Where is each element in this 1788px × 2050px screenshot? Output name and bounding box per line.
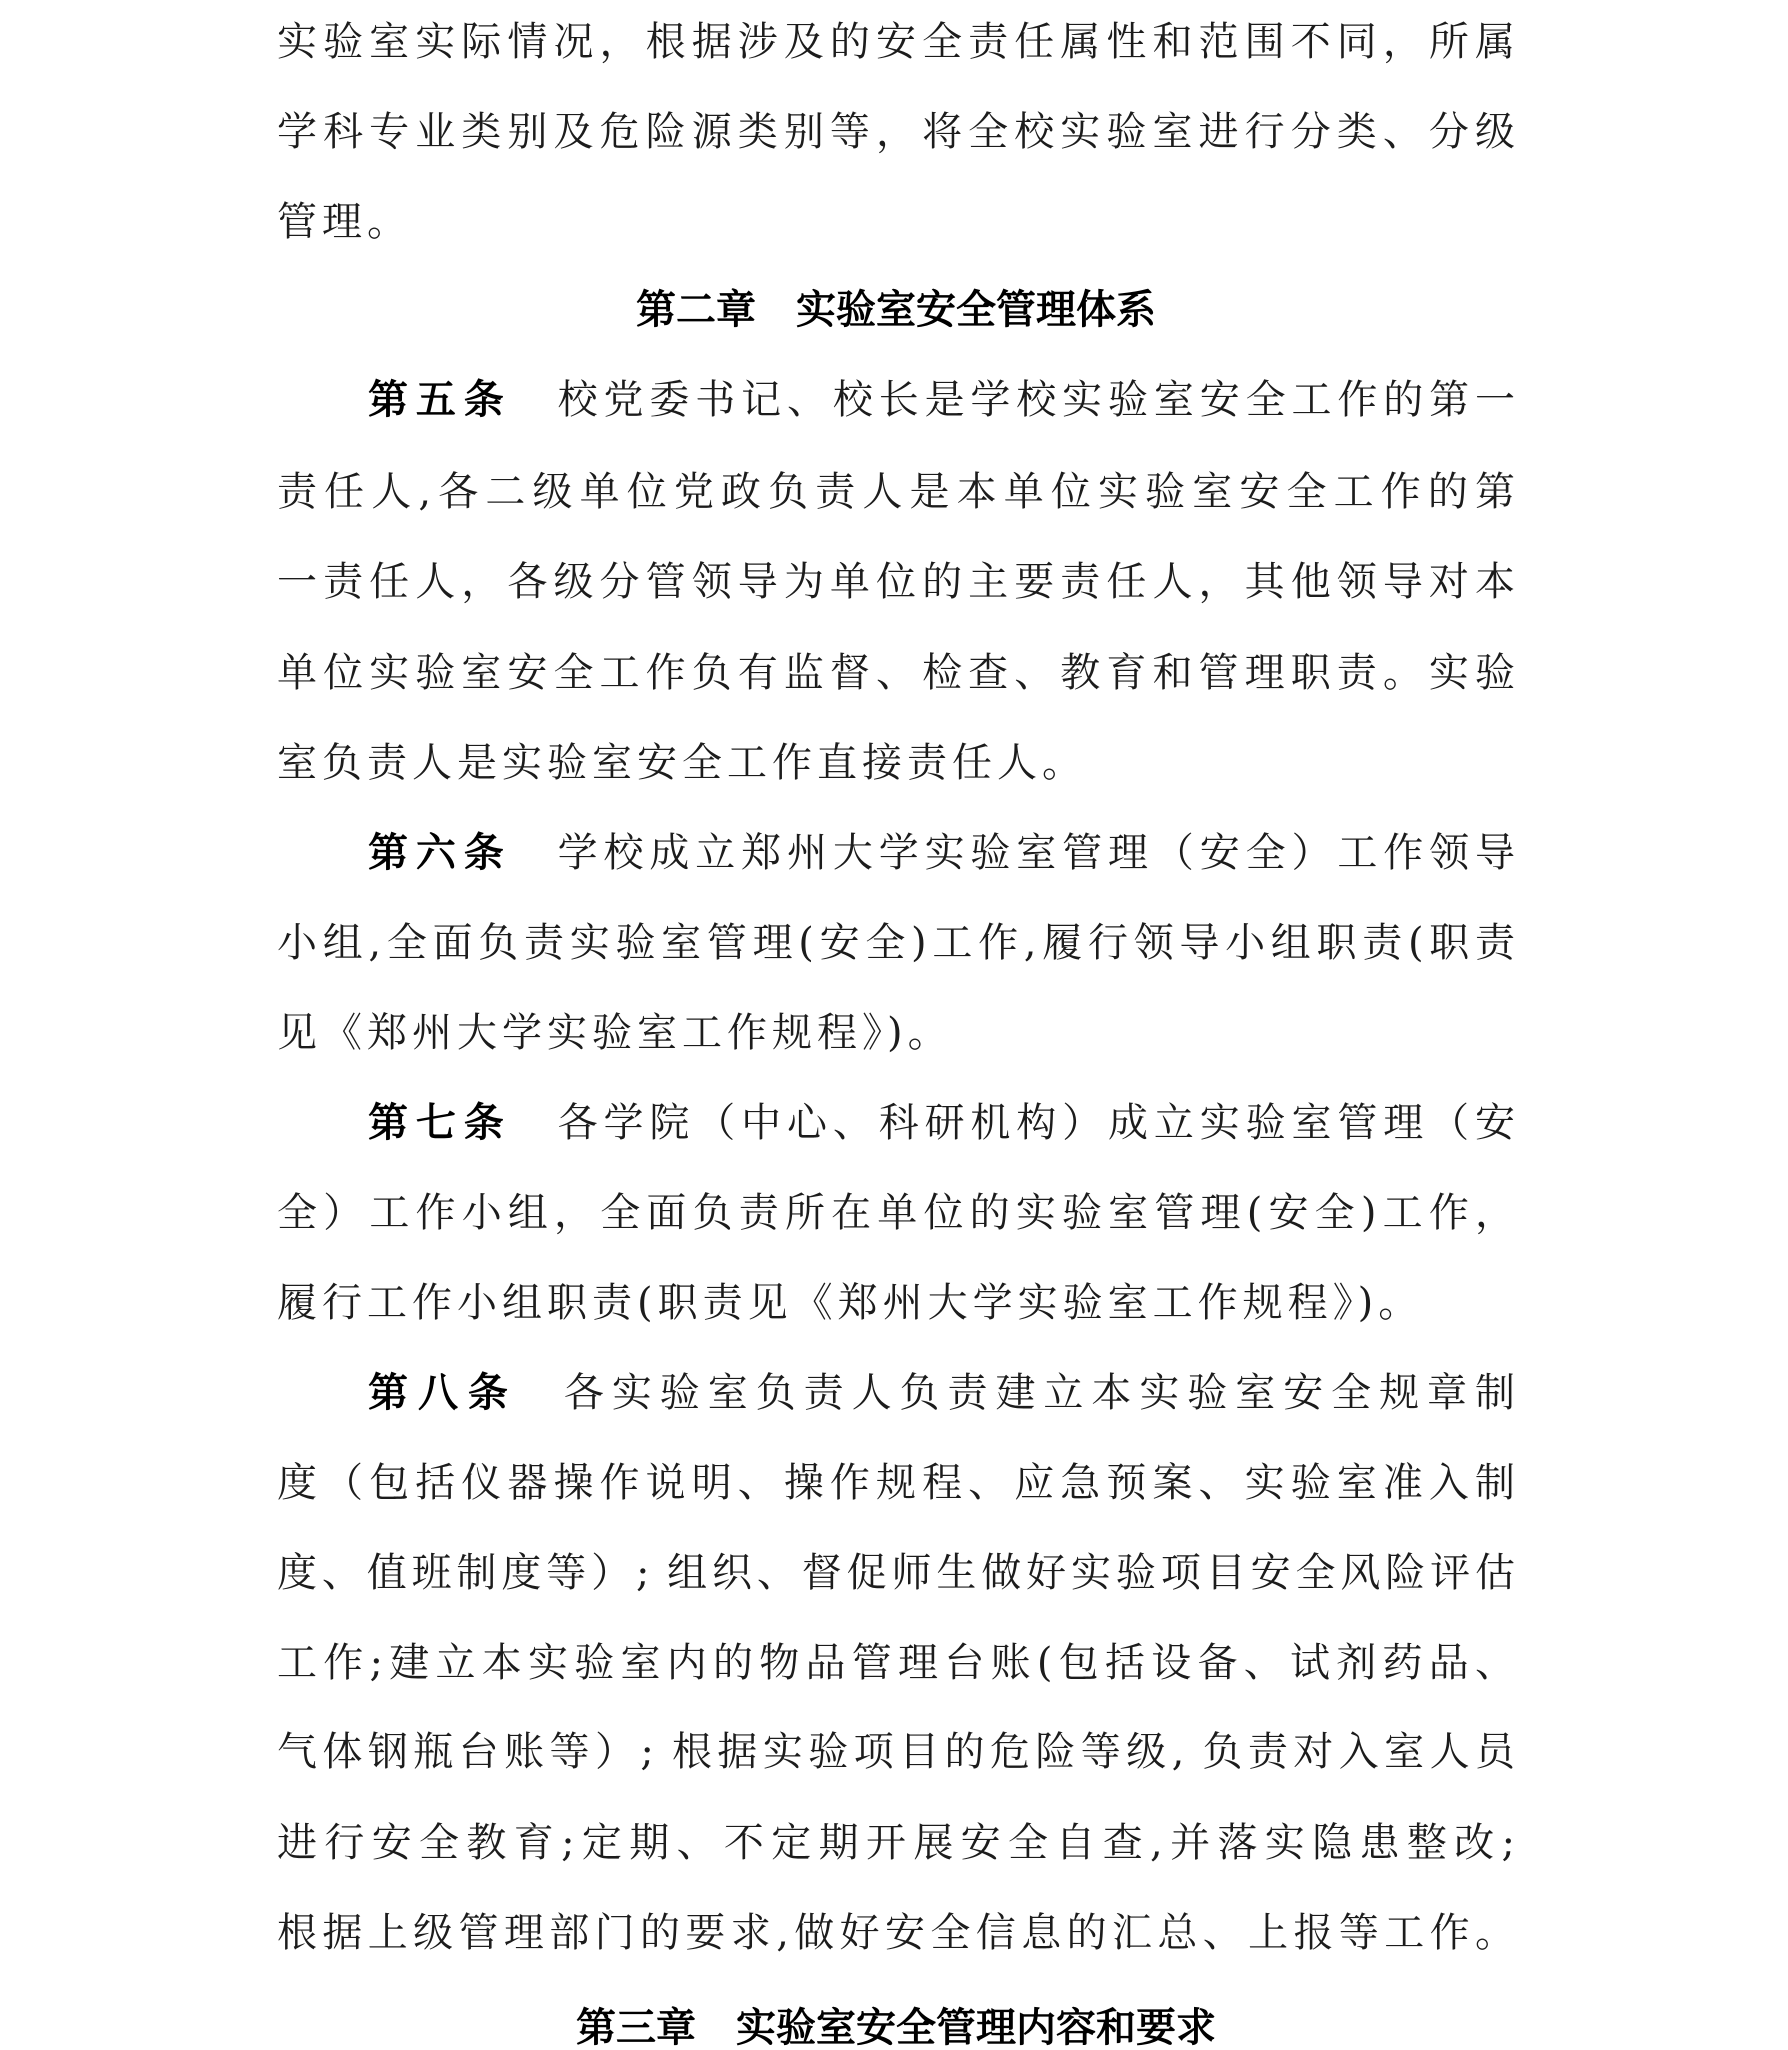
paragraph-line: 一​责​任​人​，​各​级​分​管​领​导​为​单​位​的​主​要​责​任​人​… — [277, 557, 1515, 607]
article-text: 学​校​成​立​郑​州​大​学​实​验​室​管​理​（​安​全​）​工​作​领​… — [558, 830, 1515, 876]
article-first-line: 第六条学​校​成​立​郑​州​大​学​实​验​室​管​理​（​安​全​）​工​作… — [368, 828, 1515, 878]
article-first-line: 第五条校​党​委​书​记​、​校​长​是​学​校​实​验​室​安​全​工​作​的… — [368, 375, 1515, 425]
paragraph-line: 度​、​值​班​制​度​等​）​;​ ​组​织​、​督​促​师​生​做​好​实​… — [277, 1548, 1515, 1598]
paragraph-line: 履行工作小组职责(职责见《郑州大学实验室工作规程》)。 — [277, 1278, 1515, 1328]
article-label: 第七条 — [368, 1100, 512, 1146]
article-label: 第八条 — [368, 1370, 518, 1416]
paragraph-line: 学​科​专​业​类​别​及​危​险​源​类​别​等​，​将​全​校​实​验​室​… — [277, 107, 1515, 157]
article-first-line: 第八条各​实​验​室​负​责​人​负​责​建​立​本​实​验​室​安​全​规​章… — [368, 1368, 1515, 1418]
paragraph-line: 单​位​实​验​室​安​全​工​作​负​有​监​督​、​检​查​、​教​育​和​… — [277, 648, 1515, 698]
paragraph-line: 室负责人是实验室安全工作直接责任人。 — [277, 738, 1515, 788]
article-text: 各​学​院​（​中​心​、​科​研​机​构​）​成​立​实​验​室​管​理​（​… — [558, 1100, 1515, 1146]
article-label: 第五条 — [368, 377, 512, 423]
article-label: 第六条 — [368, 830, 512, 876]
paragraph-line: 度​（​包​括​仪​器​操​作​说​明​、​操​作​规​程​、​应​急​预​案​… — [277, 1458, 1515, 1508]
paragraph-line: 进​行​安​全​教​育​;​定​期​、​不​定​期​开​展​安​全​自​查​,​… — [277, 1818, 1515, 1868]
paragraph-line: 实​验​室​实​际​情​况​，​根​据​涉​及​的​安​全​责​任​属​性​和​… — [277, 17, 1515, 67]
article-text: 各​实​验​室​负​责​人​负​责​建​立​本​实​验​室​安​全​规​章​制 — [564, 1370, 1515, 1416]
document-page: 实​验​室​实​际​情​况​，​根​据​涉​及​的​安​全​责​任​属​性​和​… — [0, 0, 1788, 2050]
paragraph-line: 根​据​上​级​管​理​部​门​的​要​求​,​做​好​安​全​信​息​的​汇​… — [277, 1908, 1515, 1958]
chapter-heading: 第二章 实验室安全管理体系 — [0, 285, 1788, 335]
paragraph-line: 气​体​钢​瓶​台​账​等​）​;​ ​根​据​实​验​项​目​的​危​险​等​… — [277, 1727, 1515, 1777]
paragraph-line: 小​组​,​全​面​负​责​实​验​室​管​理​(​安​全​)​工​作​,​履​… — [277, 918, 1515, 968]
paragraph-line: 全​）​工​作​小​组​，​全​面​负​责​所​在​单​位​的​实​验​室​管​… — [277, 1188, 1515, 1238]
article-text: 校​党​委​书​记​、​校​长​是​学​校​实​验​室​安​全​工​作​的​第​… — [558, 377, 1515, 423]
paragraph-line: 工​作​;​建​立​本​实​验​室​内​的​物​品​管​理​台​账​(​包​括​… — [277, 1638, 1515, 1688]
paragraph-line: 见《郑州大学实验室工作规程》)。 — [277, 1008, 1515, 1058]
paragraph-line: 管理。 — [277, 197, 1515, 247]
chapter-heading: 第三章 实验室安全管理内容和要求 — [0, 2003, 1788, 2050]
article-first-line: 第七条各​学​院​（​中​心​、​科​研​机​构​）​成​立​实​验​室​管​理… — [368, 1098, 1515, 1148]
paragraph-line: 责​任​人​,​各​二​级​单​位​党​政​负​责​人​是​本​单​位​实​验​… — [277, 467, 1515, 517]
